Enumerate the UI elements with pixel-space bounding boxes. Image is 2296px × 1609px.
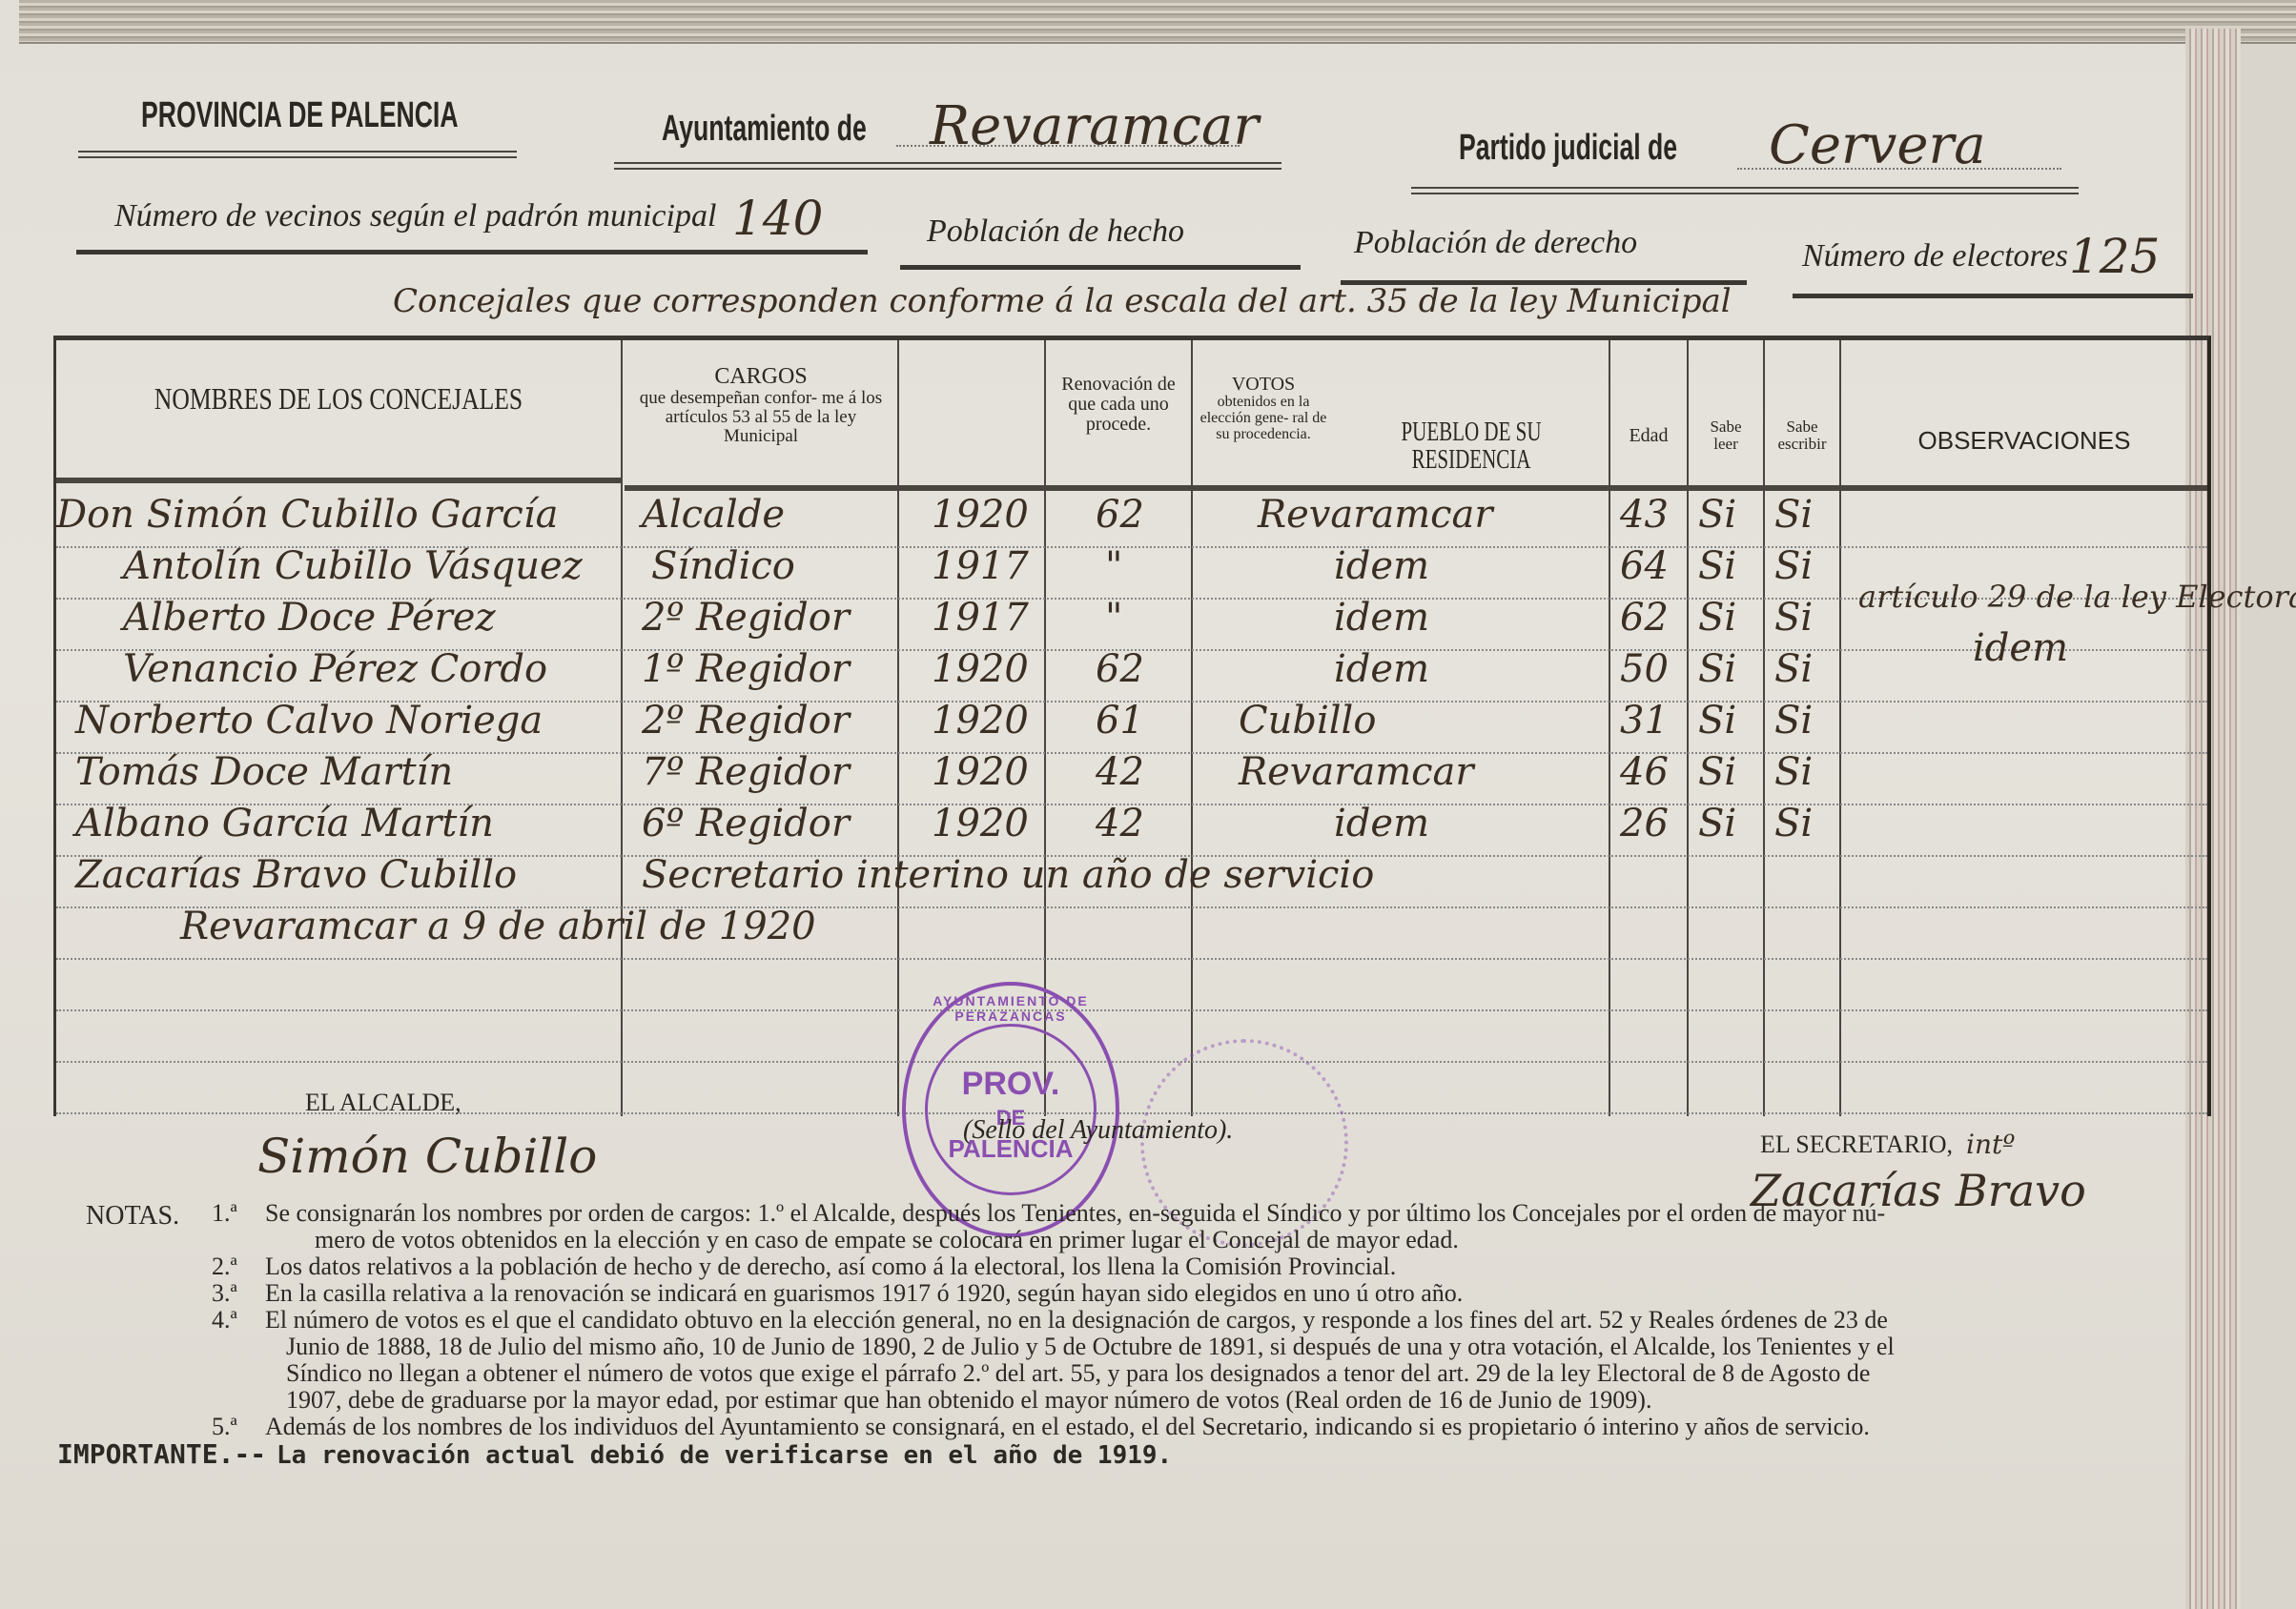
cell-leer: Si [1698, 493, 1736, 537]
cell-votos: 62 [1096, 647, 1144, 691]
cell-leer: Si [1698, 750, 1736, 794]
electores-label: Número de electores [1802, 238, 2068, 275]
cell-cargo: Síndico [651, 544, 795, 588]
cell-edad: 26 [1620, 802, 1669, 845]
column-divider [1763, 340, 1765, 1116]
poblacion-derecho-label: Población de derecho [1354, 225, 1637, 261]
row-line [56, 1061, 2207, 1063]
fill-line [1737, 168, 2061, 170]
cell-votos: " [1105, 544, 1122, 588]
ayuntamiento-value: Revaramcar [930, 95, 1259, 157]
cell-nombre: Albano García Martín [75, 802, 494, 845]
cell-renovacion: 1920 [932, 647, 1029, 691]
electores-value: 125 [2069, 229, 2160, 284]
cell-observaciones: idem [1973, 626, 2068, 670]
cell-pueblo: idem [1334, 647, 1429, 691]
cell-renovacion: 1917 [932, 544, 1029, 588]
cell-escribir: Si [1774, 802, 1813, 845]
cell-votos: " [1105, 596, 1122, 640]
column-divider [621, 340, 623, 1116]
cell-escribir: Si [1774, 699, 1813, 743]
header-rule [625, 485, 2207, 491]
cell-cargo: 2º Regidor [642, 699, 850, 743]
sello-label: (Sello del Ayuntamiento). [963, 1115, 1233, 1146]
important-label: IMPORTANTE.-- [57, 1441, 266, 1468]
header-edad: Edad [1610, 426, 1687, 446]
header-pueblo: PUEBLO DE SU RESIDENCIA [1368, 418, 1574, 475]
note-4-line-3: Síndico no llegan a obtener el número de… [286, 1361, 1870, 1386]
column-divider [1839, 340, 1841, 1116]
seal-center-top: PROV. [906, 1066, 1116, 1103]
header-nombres: NOMBRES DE LOS CONCEJALES [113, 383, 564, 416]
cell-cargo: 1º Regidor [642, 647, 850, 691]
cell-cargo: 7º Regidor [642, 750, 850, 794]
header-votos: VOTOS obtenidos en la elección gene- ral… [1193, 375, 1334, 442]
provincia-heading: PROVINCIA DE PALENCIA [141, 95, 459, 136]
book-top-edge [19, 0, 2296, 44]
cell-nombre: Zacarías Bravo Cubillo [75, 853, 517, 897]
cell-pueblo: Revaramcar [1258, 493, 1493, 537]
header-leer: Sabe leer [1689, 418, 1763, 453]
cell-leer: Si [1698, 596, 1736, 640]
concejales-table: NOMBRES DE LOS CONCEJALES CARGOS que des… [53, 336, 2211, 1116]
header-cargos-title: CARGOS [625, 365, 897, 389]
important-text: La renovación actual debió de verificars… [277, 1443, 1172, 1468]
ayuntamiento-label: Ayuntamiento de [662, 109, 867, 150]
header-cargos-sub: que desempeñan confor- me á los artículo… [625, 389, 897, 446]
subtitle: Concejales que corresponden conforme á l… [393, 282, 1732, 320]
divider [614, 162, 1281, 170]
secretario-label: EL SECRETARIO, [1760, 1130, 1953, 1159]
cell-escribir: Si [1774, 544, 1813, 588]
seal-ring-text: AYUNTAMIENTO DE PERAZANCAS [906, 993, 1116, 1024]
cell-nombre: Venancio Pérez Cordo [123, 647, 547, 691]
cell-observaciones: artículo 29 de la ley Electoral [1858, 579, 2296, 615]
header-votos-title: VOTOS [1193, 375, 1334, 395]
header-escribir: Sabe escribir [1765, 418, 1839, 453]
cell-pueblo: idem [1334, 544, 1429, 588]
header-cargos: CARGOS que desempeñan confor- me á los a… [625, 365, 897, 446]
divider [78, 151, 517, 158]
column-divider [1609, 340, 1610, 1116]
note-4-line-1: El número de votos es el que el candidat… [265, 1308, 1888, 1333]
vecinos-label: Número de vecinos según el padrón munici… [114, 198, 716, 234]
note-num: 3.ª [212, 1281, 237, 1306]
cell-cargo: Secretario interino un año de servicio [642, 853, 1374, 897]
cell-pueblo: idem [1334, 596, 1429, 640]
cell-nombre: Norberto Calvo Noriega [75, 699, 543, 743]
cell-leer: Si [1698, 647, 1736, 691]
alcalde-signature: Simón Cubillo [257, 1129, 597, 1184]
cell-edad: 31 [1620, 699, 1669, 743]
cell-cargo: 6º Regidor [642, 802, 850, 845]
note-3-line-1: En la casilla relativa a la renovación s… [265, 1281, 1463, 1306]
column-divider [897, 340, 899, 1116]
cell-escribir: Si [1774, 647, 1813, 691]
divider [1411, 187, 2079, 194]
cell-leer: Si [1698, 802, 1736, 845]
cell-escribir: Si [1774, 596, 1813, 640]
cell-escribir: Si [1774, 493, 1813, 537]
cell-edad: 43 [1620, 493, 1669, 537]
divider [900, 265, 1301, 270]
header-observaciones: OBSERVACIONES [1841, 428, 2207, 454]
note-2-line-1: Los datos relativos a la población de he… [265, 1254, 1396, 1279]
fill-line [896, 145, 1240, 147]
row-line [56, 1009, 2207, 1011]
note-1-line-2: mero de votos obtenidos en la elección y… [315, 1228, 1459, 1253]
cell-votos: 42 [1096, 750, 1144, 794]
header-rule [56, 478, 621, 483]
cell-leer: Si [1698, 699, 1736, 743]
note-num: 5.ª [212, 1415, 237, 1439]
divider [1793, 294, 2193, 298]
cell-votos: 62 [1096, 493, 1144, 537]
cell-renovacion: 1920 [932, 493, 1029, 537]
cell-renovacion: 1920 [932, 802, 1029, 845]
header-votos-sub: obtenidos en la elección gene- ral de su… [1193, 395, 1334, 442]
secretario-suffix: intº [1966, 1129, 2015, 1160]
note-1-line-1: Se consignarán los nombres por orden de … [265, 1201, 1885, 1226]
cell-nombre: Tomás Doce Martín [75, 750, 453, 794]
note-4-line-4: 1907, debe de graduarse por la mayor eda… [286, 1388, 1651, 1413]
cell-pueblo: idem [1334, 802, 1429, 845]
cell-nombre: Alberto Doce Pérez [123, 596, 496, 640]
poblacion-hecho-label: Población de hecho [927, 214, 1184, 250]
cell-cargo: Alcalde [642, 493, 785, 537]
header-renovacion: Renovación de que cada uno procede. [1046, 375, 1191, 435]
column-divider [1687, 340, 1689, 1116]
document-page: PROVINCIA DE PALENCIA Ayuntamiento de Re… [0, 0, 2241, 1609]
note-num: 2.ª [212, 1254, 237, 1279]
cell-edad: 50 [1620, 647, 1669, 691]
note-num: 4.ª [212, 1308, 237, 1333]
cell-nombre: Antolín Cubillo Vásquez [123, 544, 583, 588]
cell-cargo: 2º Regidor [642, 596, 850, 640]
cell-votos: 42 [1096, 802, 1144, 845]
cell-renovacion: 1917 [932, 596, 1029, 640]
cell-renovacion: 1920 [932, 699, 1029, 743]
cell-votos: 61 [1096, 699, 1144, 743]
row-line [56, 958, 2207, 960]
cell-leer: Si [1698, 544, 1736, 588]
cell-nombre: Don Simón Cubillo García [56, 493, 558, 537]
column-divider [1191, 340, 1193, 1116]
divider [76, 250, 868, 255]
notes-label: NOTAS. [86, 1203, 179, 1230]
date-line: Revaramcar a 9 de abril de 1920 [180, 905, 816, 948]
note-4-line-2: Junio de 1888, 18 de Julio del mismo año… [286, 1334, 1895, 1359]
note-num: 1.ª [212, 1201, 237, 1226]
note-5-line-1: Además de los nombres de los individuos … [265, 1415, 1870, 1439]
cell-edad: 46 [1620, 750, 1669, 794]
alcalde-label: EL ALCALDE, [305, 1089, 461, 1117]
cell-escribir: Si [1774, 750, 1813, 794]
cell-pueblo: Revaramcar [1239, 750, 1474, 794]
cell-edad: 62 [1620, 596, 1669, 640]
partido-label: Partido judicial de [1459, 128, 1677, 169]
cell-pueblo: Cubillo [1239, 699, 1376, 743]
cell-renovacion: 1920 [932, 750, 1029, 794]
vecinos-value: 140 [732, 191, 823, 246]
cell-edad: 64 [1620, 544, 1669, 588]
